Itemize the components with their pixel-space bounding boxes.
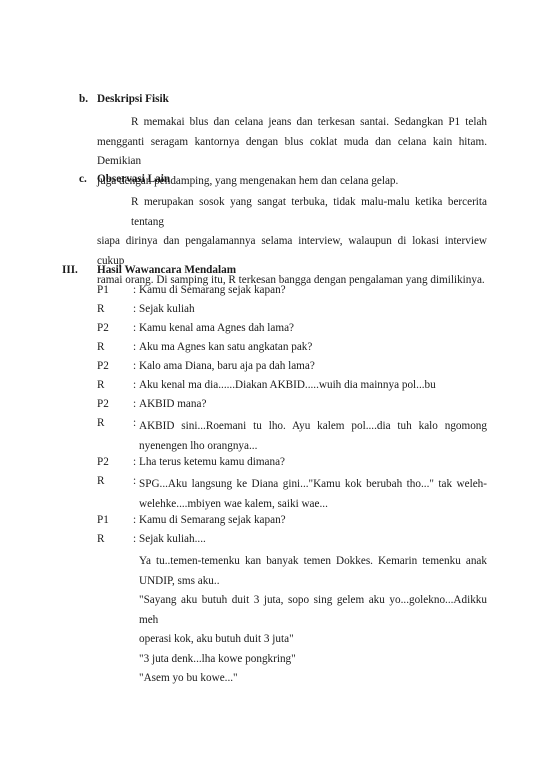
dialogue-row: R : Sejak kuliah: [97, 303, 487, 322]
section-iii-title: Hasil Wawancara Mendalam: [97, 264, 236, 276]
speaker-label: P2: [97, 322, 109, 334]
paragraph-line: R merupakan sosok yang sangat terbuka, t…: [97, 193, 487, 232]
dialogue-row: R : Sejak kuliah....: [97, 533, 487, 552]
utterance-line: UNDIP, sms aku..: [139, 572, 487, 592]
colon: :: [133, 303, 136, 315]
dialogue-row: R : AKBID sini...Roemani tu lho. Ayu kal…: [97, 417, 487, 455]
utterance-line: "Asem yo bu kowe...": [139, 669, 487, 689]
section-c-paragraph: R merupakan sosok yang sangat terbuka, t…: [97, 193, 487, 291]
colon: :: [133, 360, 136, 372]
dialogue-row: P2 : AKBID mana?: [97, 398, 487, 417]
colon: :: [133, 398, 136, 410]
dialogue-row: P1 : Kamu di Semarang sejak kapan?: [97, 514, 487, 533]
dialogue-row: P2 : Lha terus ketemu kamu dimana?: [97, 456, 487, 475]
utterance-continuation: Ya tu..temen-temenku kan banyak temen Do…: [139, 552, 487, 689]
speaker-label: R: [97, 417, 104, 429]
speaker-label: P2: [97, 398, 109, 410]
paragraph-line: mengganti seragam kantornya dengan blus …: [97, 133, 487, 172]
speaker-label: R: [97, 303, 104, 315]
utterance: AKBID sini...Roemani tu lho. Ayu kalem p…: [139, 417, 487, 456]
colon: :: [133, 456, 136, 468]
utterance-line: operasi kok, aku butuh duit 3 juta": [139, 630, 487, 650]
speaker-label: P2: [97, 456, 109, 468]
utterance: Aku ma Agnes kan satu angkatan pak?: [139, 341, 487, 353]
speaker-label: R: [97, 475, 104, 487]
section-b-title: Deskripsi Fisik: [97, 93, 169, 105]
dialogue-row: P1 : Kamu di Semarang sejak kapan?: [97, 284, 487, 303]
utterance-line: nyenengen lho orangnya...: [139, 437, 487, 457]
dialogue-row: P2 : Kamu kenal ama Agnes dah lama?: [97, 322, 487, 341]
dialogue-row: R : Aku ma Agnes kan satu angkatan pak?: [97, 341, 487, 360]
utterance-line: Ya tu..temen-temenku kan banyak temen Do…: [139, 552, 487, 572]
utterance: Sejak kuliah: [139, 303, 487, 315]
section-b-marker: b.: [79, 93, 88, 105]
utterance-line: "3 juta denk...lha kowe pongkring": [139, 650, 487, 670]
colon: :: [133, 533, 136, 545]
speaker-label: R: [97, 533, 104, 545]
section-c-marker: c.: [79, 173, 87, 185]
colon: :: [133, 475, 136, 487]
utterance: Lha terus ketemu kamu dimana?: [139, 456, 487, 468]
utterance-line: welehke....mbiyen wae kalem, saiki wae..…: [139, 495, 487, 515]
colon: :: [133, 379, 136, 391]
section-c-title: Observasi Lain: [97, 173, 170, 185]
colon: :: [133, 322, 136, 334]
speaker-label: R: [97, 379, 104, 391]
colon: :: [133, 284, 136, 296]
speaker-label: P1: [97, 514, 109, 526]
speaker-label: P2: [97, 360, 109, 372]
utterance-line: AKBID sini...Roemani tu lho. Ayu kalem p…: [139, 417, 487, 437]
utterance: Kamu di Semarang sejak kapan?: [139, 284, 487, 296]
utterance: Kalo ama Diana, baru aja pa dah lama?: [139, 360, 487, 372]
colon: :: [133, 417, 136, 429]
paragraph-line: R memakai blus dan celana jeans dan terk…: [97, 113, 487, 133]
utterance: Kamu kenal ama Agnes dah lama?: [139, 322, 487, 334]
utterance: Aku kenal ma dia......Diakan AKBID.....w…: [139, 379, 487, 391]
utterance: SPG...Aku langsung ke Diana gini..."Kamu…: [139, 475, 487, 514]
utterance: AKBID mana?: [139, 398, 487, 410]
speaker-label: P1: [97, 284, 109, 296]
utterance-line: SPG...Aku langsung ke Diana gini..."Kamu…: [139, 475, 487, 495]
dialogue-row: P2 : Kalo ama Diana, baru aja pa dah lam…: [97, 360, 487, 379]
section-iii-marker: III.: [62, 264, 78, 276]
document-page: b. Deskripsi Fisik R memakai blus dan ce…: [0, 0, 550, 777]
utterance-line: "Sayang aku butuh duit 3 juta, sopo sing…: [139, 591, 487, 630]
dialogue-row: R : SPG...Aku langsung ke Diana gini..."…: [97, 475, 487, 513]
colon: :: [133, 341, 136, 353]
dialogue-row: R : Aku kenal ma dia......Diakan AKBID..…: [97, 379, 487, 398]
utterance: Sejak kuliah....: [139, 533, 487, 545]
colon: :: [133, 514, 136, 526]
speaker-label: R: [97, 341, 104, 353]
utterance: Kamu di Semarang sejak kapan?: [139, 514, 487, 526]
